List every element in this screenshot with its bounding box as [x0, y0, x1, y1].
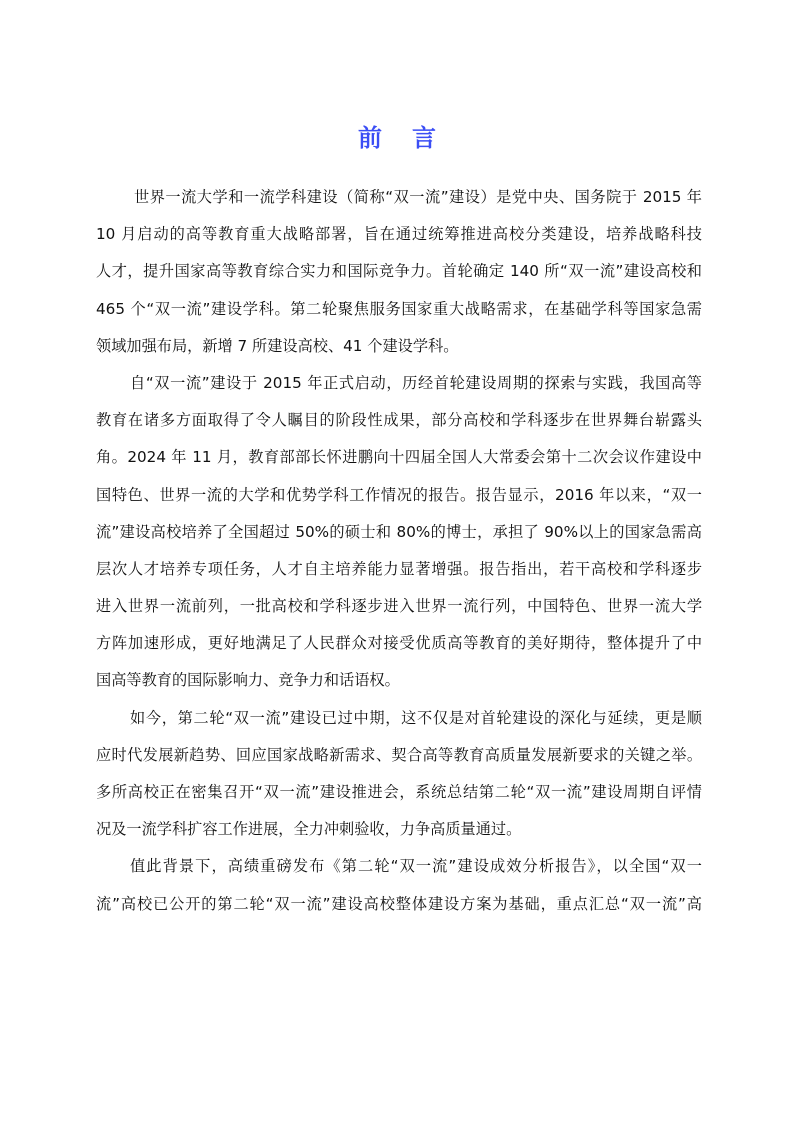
text-line: 流”建设高校培养了全国超过 50%的硕士和 80%的博士，承担了 90%以上的国…	[96, 519, 702, 556]
document-body: 世界一流大学和一流学科建设（简称“双一流”建设）是党中央、国务院于 2015 年…	[96, 184, 702, 928]
text-line: 教育在诸多方面取得了令人瞩目的阶段性成果，部分高校和学科逐步在世界舞台崭露头	[96, 407, 702, 444]
text-line: 方阵加速形成，更好地满足了人民群众对接受优质高等教育的美好期待，整体提升了中	[96, 630, 702, 667]
text-line: 世界一流大学和一流学科建设（简称“双一流”建设）是党中央、国务院于 2015 年	[96, 184, 702, 221]
title-char-2: 言	[412, 118, 436, 153]
text-line: 流”高校已公开的第二轮“双一流”建设高校整体建设方案为基础，重点汇总“双一流”高	[96, 891, 702, 928]
paragraph-3: 如今，第二轮“双一流”建设已过中期，这不仅是对首轮建设的深化与延续，更是顺 应时…	[96, 705, 702, 854]
text-line: 多所高校正在密集召开“双一流”建设推进会，系统总结第二轮“双一流”建设周期自评情	[96, 779, 702, 816]
page-title: 前言	[0, 118, 794, 153]
text-line: 领域加强布局，新增 7 所建设高校、41 个建设学科。	[96, 333, 702, 370]
text-line: 国特色、世界一流的大学和优势学科工作情况的报告。报告显示，2016 年以来，“双…	[96, 482, 702, 519]
text-line: 角。2024 年 11 月，教育部部长怀进鹏向十四届全国人大常委会第十二次会议作…	[96, 444, 702, 481]
text-line: 465 个“双一流”建设学科。第二轮聚焦服务国家重大战略需求，在基础学科等国家急…	[96, 296, 702, 333]
text-line: 如今，第二轮“双一流”建设已过中期，这不仅是对首轮建设的深化与延续，更是顺	[96, 705, 702, 742]
paragraph-1: 世界一流大学和一流学科建设（简称“双一流”建设）是党中央、国务院于 2015 年…	[96, 184, 702, 370]
title-char-1: 前	[358, 118, 382, 153]
text-line: 进入世界一流前列，一批高校和学科逐步进入世界一流行列，中国特色、世界一流大学	[96, 593, 702, 630]
text-line: 值此背景下，高绩重磅发布《第二轮“双一流”建设成效分析报告》，以全国“双一	[96, 853, 702, 890]
text-line: 10 月启动的高等教育重大战略部署，旨在通过统筹推进高校分类建设，培养战略科技	[96, 221, 702, 258]
text-line: 况及一流学科扩容工作进展，全力冲刺验收，力争高质量通过。	[96, 816, 702, 853]
text-line: 应时代发展新趋势、回应国家战略新需求、契合高等教育高质量发展新要求的关键之举。	[96, 742, 702, 779]
text-line: 层次人才培养专项任务，人才自主培养能力显著增强。报告指出，若干高校和学科逐步	[96, 556, 702, 593]
text-line: 国高等教育的国际影响力、竞争力和话语权。	[96, 667, 702, 704]
text-line: 人才，提升国家高等教育综合实力和国际竞争力。首轮确定 140 所“双一流”建设高…	[96, 258, 702, 295]
text-line: 自“双一流”建设于 2015 年正式启动，历经首轮建设周期的探索与实践，我国高等	[96, 370, 702, 407]
paragraph-2: 自“双一流”建设于 2015 年正式启动，历经首轮建设周期的探索与实践，我国高等…	[96, 370, 702, 705]
paragraph-4: 值此背景下，高绩重磅发布《第二轮“双一流”建设成效分析报告》，以全国“双一 流”…	[96, 853, 702, 927]
